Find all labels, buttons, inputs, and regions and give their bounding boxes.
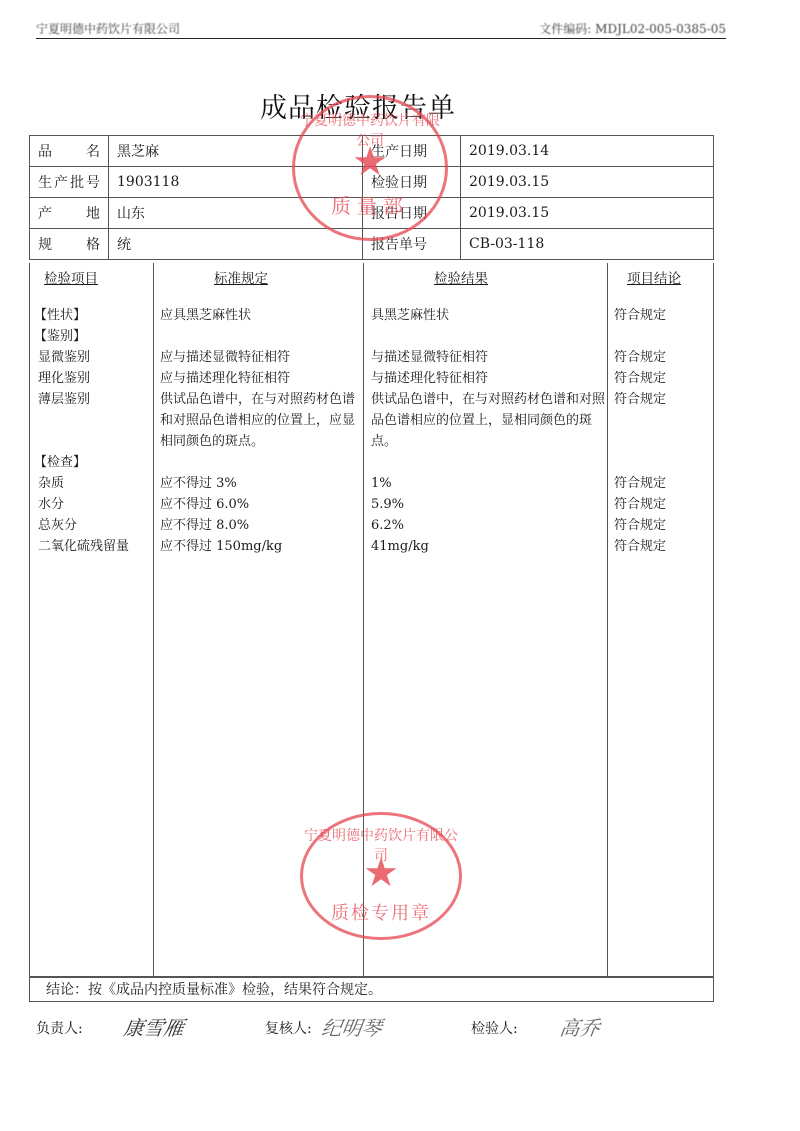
header-result: 检验结果 <box>434 267 488 287</box>
info-value: 2019.03.15 <box>461 167 714 198</box>
test-result: 与描述显微特征相符 <box>371 347 488 368</box>
info-value: 黑芝麻 <box>109 136 363 167</box>
test-item: 显微鉴别 <box>38 347 90 368</box>
test-standard: 应与描述显微特征相符 <box>160 347 290 368</box>
report-title: 成品检验报告单 <box>0 86 716 125</box>
test-result: 具黑芝麻性状 <box>371 305 449 326</box>
conclusion-row: 结论：按《成品内控质量标准》检验，结果符合规定。 <box>29 977 714 1002</box>
column-divider <box>607 263 608 976</box>
test-result: 41mg/kg <box>371 536 429 557</box>
info-value: CB-03-118 <box>461 229 714 260</box>
info-label: 规格 <box>30 229 109 260</box>
header-test-item: 检验项目 <box>44 267 98 287</box>
reviewer-signature: 纪明琴 <box>320 1012 384 1041</box>
document-number: 文件编码: MDJL02-005-0385-05 <box>539 20 726 37</box>
info-value: 2019.03.15 <box>461 198 714 229</box>
test-item: 总灰分 <box>38 515 77 536</box>
info-value: 2019.03.14 <box>461 136 714 167</box>
test-result: 5.9% <box>371 494 404 515</box>
info-label: 产地 <box>30 198 109 229</box>
test-conclusion: 符合规定 <box>614 389 666 410</box>
info-label: 报告日期 <box>363 198 461 229</box>
inspector-label: 检验人: <box>471 1018 518 1038</box>
test-result: 6.2% <box>371 515 404 536</box>
test-result: 与描述理化特征相符 <box>371 368 488 389</box>
info-row: 规格 统 报告单号 CB-03-118 <box>30 229 714 260</box>
info-row: 产地 山东 报告日期 2019.03.15 <box>30 198 714 229</box>
test-item: 水分 <box>38 494 64 515</box>
responsible-signature: 康雪雁 <box>122 1012 186 1041</box>
test-item: 二氧化硫残留量 <box>38 536 129 557</box>
test-item: 【性状】 <box>34 305 86 326</box>
test-item: 【检查】 <box>34 452 86 473</box>
test-item: 杂质 <box>38 473 64 494</box>
test-standard: 应不得过 8.0% <box>160 515 249 536</box>
info-label: 品名 <box>30 136 109 167</box>
company-name: 宁夏明德中药饮片有限公司 <box>36 20 180 37</box>
responsible-label: 负责人: <box>36 1018 83 1038</box>
test-conclusion: 符合规定 <box>614 347 666 368</box>
info-table: 品名 黑芝麻 生产日期 2019.03.14 生产批号 1903118 检验日期… <box>29 135 714 260</box>
test-standard: 应不得过 3% <box>160 473 237 494</box>
test-item: 理化鉴别 <box>38 368 90 389</box>
column-divider <box>153 263 154 976</box>
info-label: 生产日期 <box>363 136 461 167</box>
test-standard: 应与描述理化特征相符 <box>160 368 290 389</box>
header-standard: 标准规定 <box>214 267 268 287</box>
test-item: 【鉴别】 <box>34 326 86 347</box>
test-conclusion: 符合规定 <box>614 368 666 389</box>
test-standard: 应具黑芝麻性状 <box>160 305 251 326</box>
info-value: 1903118 <box>109 167 363 198</box>
page-header: 宁夏明德中药饮片有限公司 文件编码: MDJL02-005-0385-05 <box>36 18 726 39</box>
test-conclusion: 符合规定 <box>614 515 666 536</box>
inspector-signature: 高乔 <box>558 1012 602 1041</box>
header-conclusion: 项目结论 <box>627 267 681 287</box>
reviewer-label: 复核人: <box>265 1018 312 1038</box>
info-label: 报告单号 <box>363 229 461 260</box>
test-result: 1% <box>371 473 392 494</box>
test-table: 检验项目 标准规定 检验结果 项目结论 【性状】 【鉴别】 显微鉴别 理化鉴别 … <box>29 263 714 977</box>
test-result: 供试品色谱中，在与对照药材色谱和对照品色谱相应的位置上，显相同颜色的斑点。 <box>371 389 607 452</box>
info-row: 品名 黑芝麻 生产日期 2019.03.14 <box>30 136 714 167</box>
info-row: 生产批号 1903118 检验日期 2019.03.15 <box>30 167 714 198</box>
column-divider <box>363 263 364 976</box>
test-conclusion: 符合规定 <box>614 494 666 515</box>
info-label: 生产批号 <box>30 167 109 198</box>
test-standard: 应不得过 150mg/kg <box>160 536 282 557</box>
test-standard: 供试品色谱中，在与对照药材色谱和对照品色谱相应的位置上，应显相同颜色的斑点。 <box>160 389 366 452</box>
info-value: 山东 <box>109 198 363 229</box>
info-value: 统 <box>109 229 363 260</box>
info-label: 检验日期 <box>363 167 461 198</box>
test-conclusion: 符合规定 <box>614 536 666 557</box>
test-conclusion: 符合规定 <box>614 473 666 494</box>
test-conclusion: 符合规定 <box>614 305 666 326</box>
test-item: 薄层鉴别 <box>38 389 90 410</box>
test-standard: 应不得过 6.0% <box>160 494 249 515</box>
